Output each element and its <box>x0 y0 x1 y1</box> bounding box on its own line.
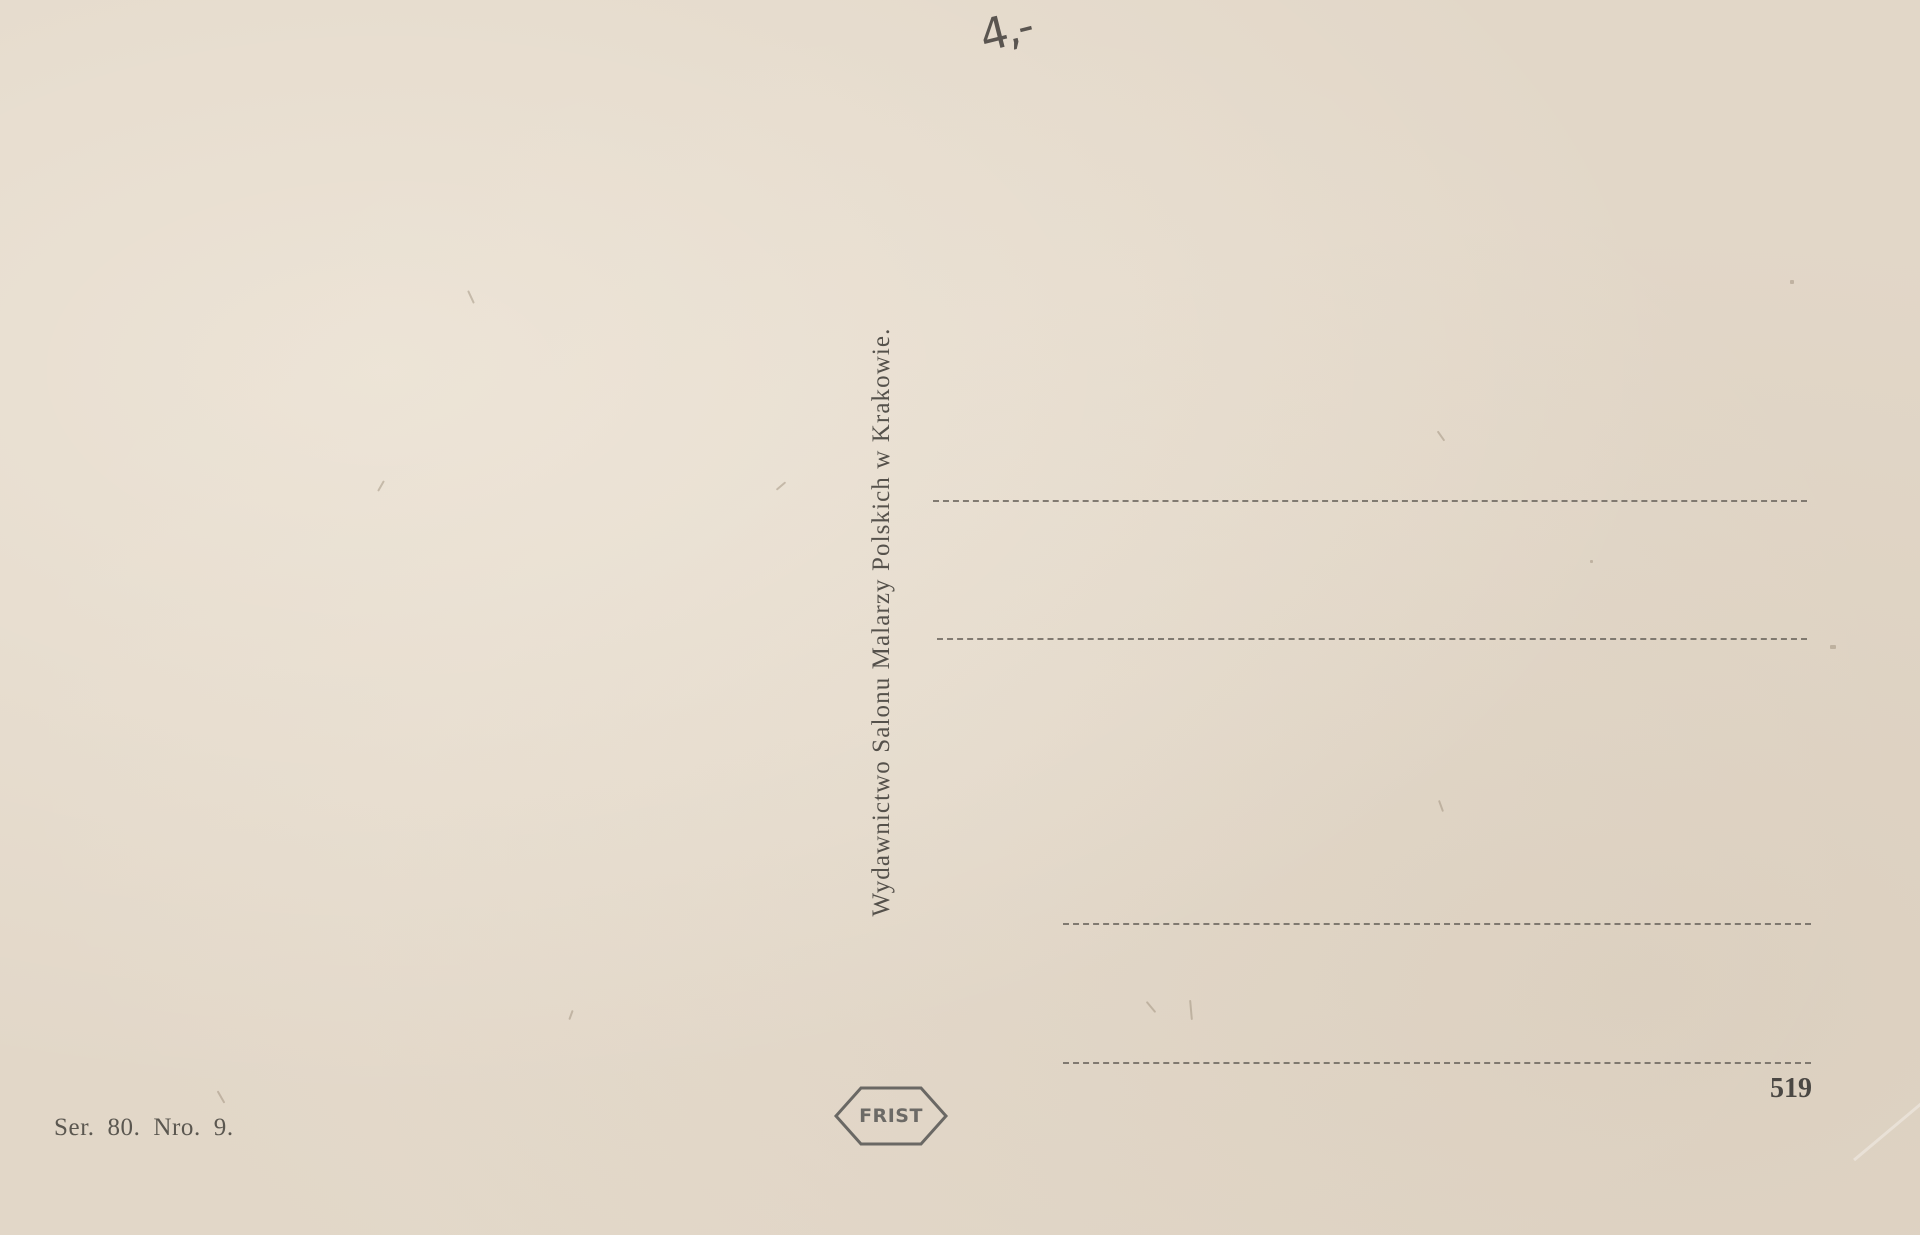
stamp-label: FRIST <box>833 1085 949 1147</box>
paper-speck <box>217 1090 226 1103</box>
frist-stamp: FRIST <box>833 1085 949 1147</box>
paper-speck <box>1438 800 1444 812</box>
paper-speck <box>1146 1001 1157 1013</box>
card-number: 519 <box>1770 1073 1812 1105</box>
paper-speck <box>1830 645 1836 649</box>
paper-speck <box>1790 280 1794 284</box>
paper-speck <box>377 480 385 491</box>
series-number: Ser. 80. Nro. 9. <box>54 1114 234 1142</box>
paper-speck <box>1437 431 1446 442</box>
address-line-1 <box>933 500 1807 502</box>
paper-speck <box>1590 560 1593 563</box>
address-line-4 <box>1063 1062 1811 1064</box>
paper-speck <box>467 290 475 304</box>
postcard-back: 4,- Wydawnictwo Salonu Malarzy Polskich … <box>0 0 1920 1235</box>
publisher-imprint: Wydawnictwo Salonu Malarzy Polskich w Kr… <box>868 328 896 917</box>
address-line-2 <box>937 638 1807 640</box>
paper-speck <box>776 481 786 490</box>
address-line-3 <box>1063 923 1811 925</box>
paper-speck <box>568 1010 573 1020</box>
paper-crease <box>1853 1082 1920 1161</box>
handwritten-price: 4,- <box>975 0 1038 62</box>
paper-speck <box>1189 1000 1193 1020</box>
